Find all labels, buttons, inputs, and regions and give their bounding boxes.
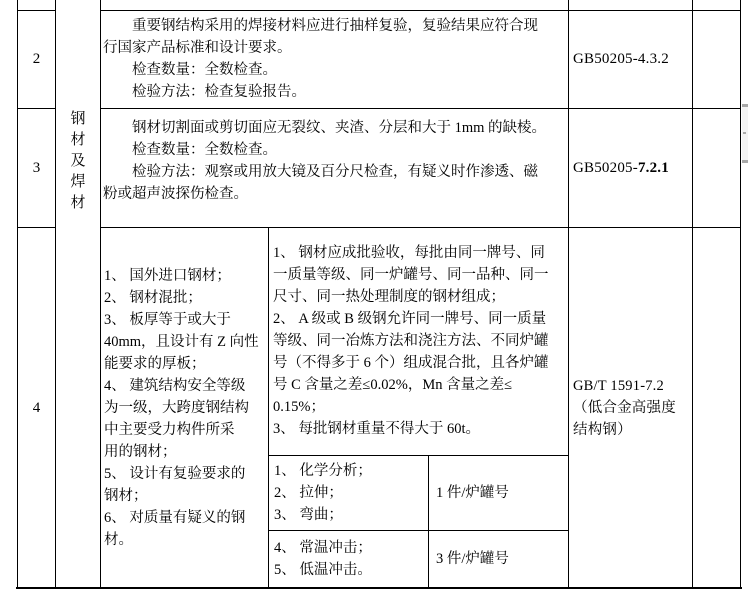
grid-line [55,0,56,588]
test-quantity-a-cell: 1 件/炉罐号 [436,455,564,530]
test-items-b-cell: 4、 常温冲击； 5、 低温冲击。 [274,530,424,587]
test-quantity-b-cell: 3 件/炉罐号 [436,530,564,587]
scrollbar-thumb-bottom-cap [742,160,748,163]
row-3-requirement-text: 钢材切割面或剪切面应无裂纹、夹渣、分层和大于 1mm 的缺棱。 检查数量：全数检… [103,117,566,205]
row-4-batch-rules: 1、 钢材应成批验收，每批由同一牌号、同 一质量等级、同一炉罐号、同一品种、同一… [273,242,567,440]
row-3-standard-ref: GB50205-7.2.1 [573,108,690,227]
test-items-a-list: 1、 化学分析； 2、 拉伸； 3、 弯曲； [274,460,372,526]
row-2-requirement-text: 重要钢结构采用的焊接材料应进行抽样复验，复验结果应符合现 行国家产品标准和设计要… [103,15,566,103]
row-2-number: 2 [18,11,55,107]
row-4-standard-ref-text: GB/T 1591-7.2 （低合金高强度 结构钢） [573,375,676,441]
vertical-scrollbar-thumb[interactable] [742,104,748,163]
test-items-b-list: 4、 常温冲击； 5、 低温冲击。 [274,537,372,581]
row-3-standard-ref-prefix: GB50205- [573,157,638,179]
grid-line [568,0,569,588]
grid-line [740,0,741,588]
grid-line [268,227,269,588]
scrollbar-thumb-gripper [743,132,746,134]
row-2-standard-ref: GB50205-4.3.2 [573,10,690,108]
row-4-conditions-list: 1、 国外进口钢材； 2、 钢材混批； 3、 板厚等于或大于 40mm，且设计有… [104,265,259,551]
row-3-number: 3 [18,109,55,226]
grid-line [428,455,429,588]
grid-line [100,0,101,588]
row-4-standard-ref: GB/T 1591-7.2 （低合金高强度 结构钢） [573,227,690,588]
category-cell-steel-and-weld-material: 钢 材 及 焊 材 [56,109,100,214]
row-4-conditions-cell: 1、 国外进口钢材； 2、 钢材混批； 3、 板厚等于或大于 40mm，且设计有… [104,227,266,588]
grid-line [692,0,693,588]
row-3-standard-ref-clause: 7.2.1 [638,157,669,179]
row-4-number: 4 [18,228,55,587]
scrollbar-thumb-top-cap [742,104,748,107]
document-page: 2 3 4 钢 材 及 焊 材 重要钢结构采用的焊接材料应进行抽样复验，复验结果… [0,0,748,600]
test-items-a-cell: 1、 化学分析； 2、 拉伸； 3、 弯曲； [274,455,424,530]
